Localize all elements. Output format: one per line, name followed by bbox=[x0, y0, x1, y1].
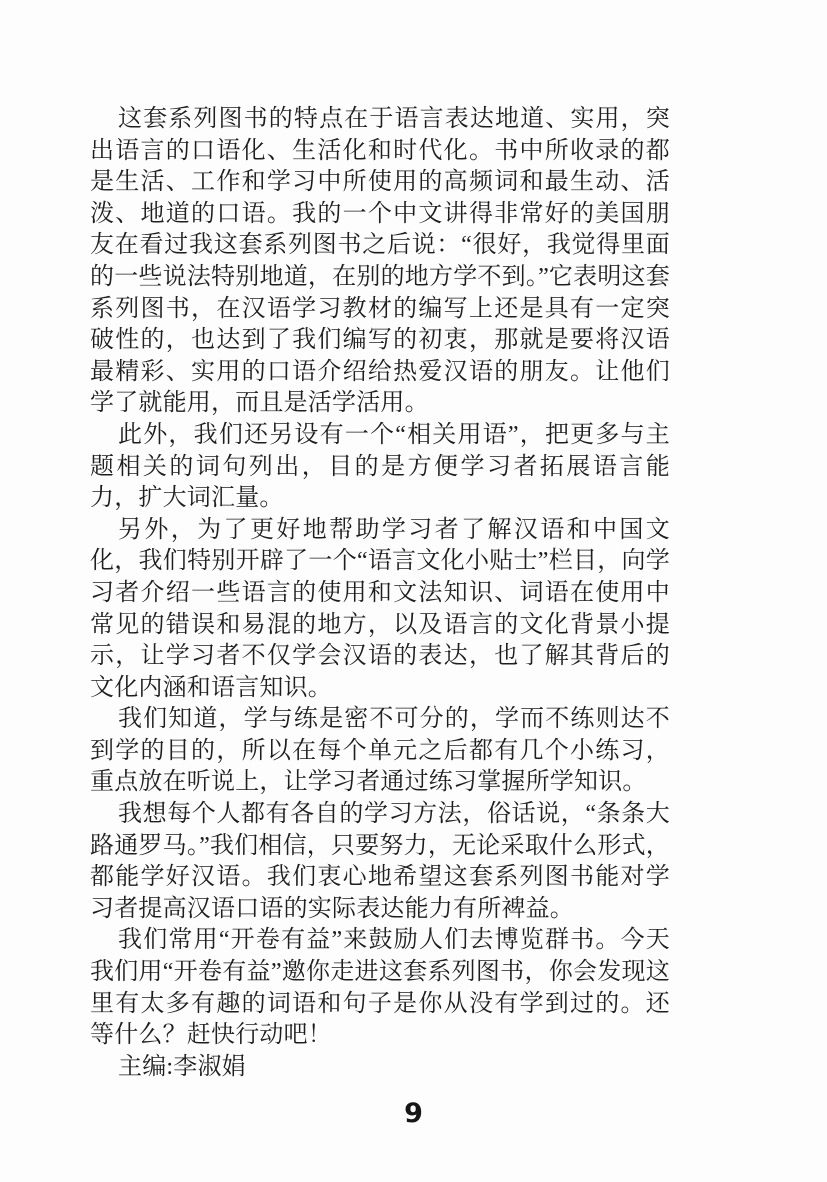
paragraph-series-features: 这套系列图书的特点在于语言表达地道、实用，突出语言的口语化、生活化和时代化。书中… bbox=[90, 104, 670, 420]
paragraph-culture-tips: 另外，为了更好地帮助学习者了解汉语和中国文化，我们特别开辟了一个“语言文化小贴士… bbox=[90, 515, 670, 705]
book-page: 这套系列图书的特点在于语言表达地道、实用，突出语言的口语化、生活化和时代化。书中… bbox=[0, 0, 827, 1182]
page-number: 9 bbox=[0, 1098, 827, 1129]
editor-credit-line: 主编:李淑娟 bbox=[90, 1052, 670, 1084]
paragraph-related-expressions: 此外，我们还另设有一个“相关用语”，把更多与主题相关的词句列出，目的是方便学习者… bbox=[90, 420, 670, 515]
paragraph-learning-methods: 我想每个人都有各自的学习方法，俗话说，“条条大路通罗马。”我们相信，只要努力，无… bbox=[90, 799, 670, 925]
paragraph-invitation: 我们常用“开卷有益”来鼓励人们去博览群书。今天我们用“开卷有益”邀你走进这套系列… bbox=[90, 925, 670, 1051]
preface-text-block: 这套系列图书的特点在于语言表达地道、实用，突出语言的口语化、生活化和时代化。书中… bbox=[90, 104, 670, 1083]
paragraph-practice: 我们知道，学与练是密不可分的，学而不练则达不到学的目的，所以在每个单元之后都有几… bbox=[90, 704, 670, 799]
